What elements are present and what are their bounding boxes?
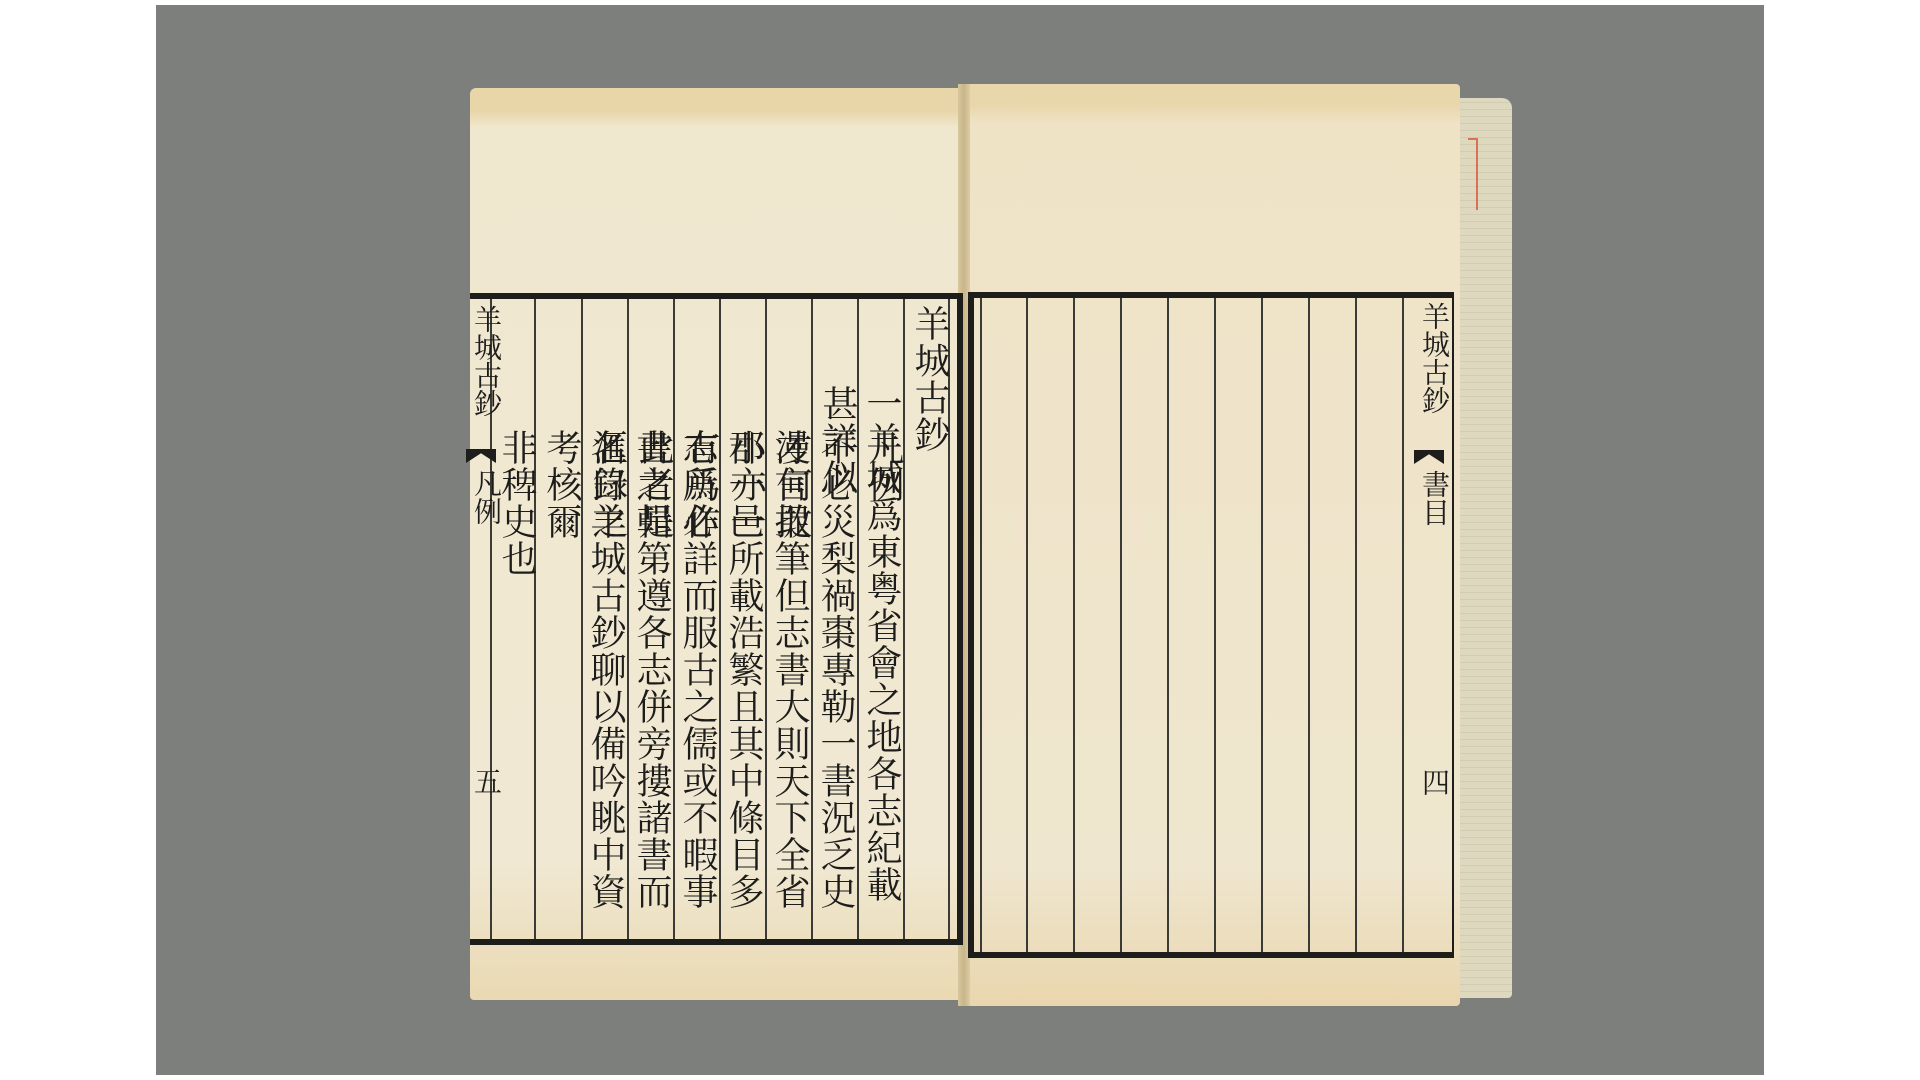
text-column-8: 非稗史也 bbox=[494, 429, 538, 577]
column-rule bbox=[1214, 298, 1216, 952]
fish-tail-mark bbox=[1414, 450, 1444, 464]
column-rule bbox=[1167, 298, 1169, 952]
margin-page-number: 四 bbox=[1412, 768, 1456, 796]
column-rule bbox=[903, 299, 905, 939]
column-rule bbox=[1120, 298, 1122, 952]
text-column-7: 名曰羊城古鈔聊以備吟眺中資考核爾 bbox=[539, 429, 627, 939]
column-rule bbox=[1308, 298, 1310, 952]
margin-title: 羊城古鈔 bbox=[464, 305, 508, 417]
red-seal-mark bbox=[1468, 138, 1478, 210]
margin-section: 書目 bbox=[1412, 470, 1456, 526]
column-rule bbox=[1026, 298, 1028, 952]
column-rule bbox=[980, 298, 982, 952]
column-rule bbox=[1355, 298, 1357, 952]
column-rule bbox=[534, 299, 536, 939]
left-page-frame: 羊城古鈔 凡例 五 羊城古鈔 凡例 一羊城爲東粤省會之地各志紀載甚詳似 不必災梨… bbox=[470, 293, 963, 945]
column-rule bbox=[1402, 298, 1404, 952]
book-edge-strip bbox=[1458, 98, 1512, 998]
margin-title: 羊城古鈔 bbox=[1412, 302, 1456, 414]
column-rule bbox=[1073, 298, 1075, 952]
column-rule bbox=[1261, 298, 1263, 952]
fish-tail-mark bbox=[466, 449, 496, 463]
margin-page-number: 五 bbox=[464, 767, 508, 795]
right-page-frame: 羊城古鈔 書目 四 bbox=[968, 292, 1454, 958]
header-title: 羊城古鈔 bbox=[907, 305, 951, 453]
